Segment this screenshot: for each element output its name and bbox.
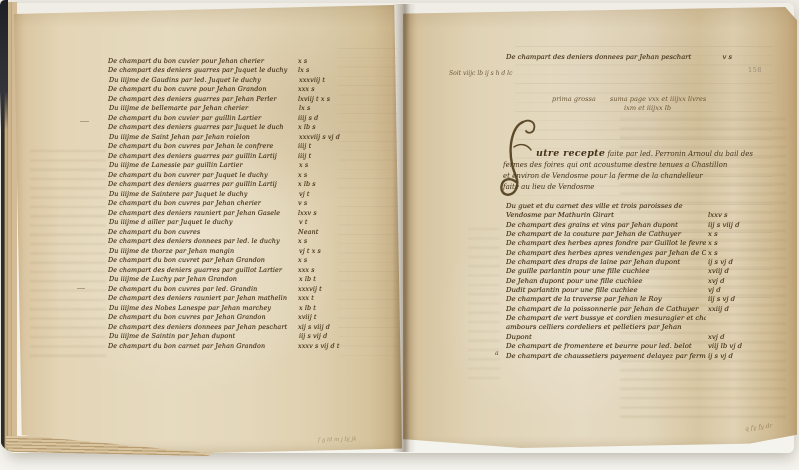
ledger-entry: De champart des deniers guarres par guil…: [108, 179, 356, 189]
entry-text-line: De guille parlantin pour une fille cuchi…: [506, 267, 706, 276]
entry-text-line: Du iiijme de Saintin par Jehan dupont: [109, 332, 297, 340]
ledger-entry: De champart des deniers guarres par Juqu…: [108, 122, 356, 132]
entry-amount: x s: [296, 57, 356, 65]
entry-text: De champart du bon cuvre pour Jehan Gran…: [108, 85, 296, 93]
heading-right: suma page vxx et iiijxx livres: [610, 95, 706, 103]
entry-text-line: Du iiijme des Nobes Lanespe par Jehan ma…: [109, 304, 297, 312]
right-ledger-list: Du guet et du carnet des ville et trois …: [506, 202, 768, 361]
entry-text: Du iiijme de thorze par Jehan mangin: [109, 247, 297, 255]
ledger-entry: Du iiijme de bellemarte par Jehan cherie…: [109, 103, 357, 113]
entry-text: De champart des draps de laine par Jehan…: [506, 258, 706, 267]
entry-text: De champart des deniers guarres par guil…: [108, 180, 296, 188]
heading-line-2: ixm et iiijxx lb: [624, 104, 757, 112]
ledger-entry: De champart des deniers guarres par guil…: [108, 264, 356, 274]
entry-text-line: De champart des deniers rauniert par Jeh…: [108, 209, 296, 217]
page-sum-heading: prima grossa suma page vxx et iiijxx liv…: [552, 95, 757, 112]
entry-text: Du iiijme de bellemarte par Jehan cherie…: [109, 104, 297, 112]
entry-text-line: De champart du bon cuvres: [108, 228, 296, 236]
ledger-entry: De champart de vert bussye et cordien me…: [506, 314, 768, 342]
entry-text: De champart de la couture par Jehan de C…: [506, 230, 706, 239]
entry-text: De champart des deniers rauniert par Jeh…: [108, 294, 296, 302]
entry-text: Du guet et du carnet des ville et trois …: [506, 202, 706, 221]
open-book: De champart du bon cuvier pour Jehan che…: [0, 0, 799, 470]
ledger-entry: De champart du bon cuvres par Jehan le c…: [108, 141, 356, 151]
entry-text-line: De champart de la poissonnerie par Jehan…: [506, 305, 706, 314]
entry-amount: xxxv s vij d t: [296, 342, 356, 350]
entry-amount: xviij d: [706, 267, 768, 276]
entry-text: Du iiijme de Saint Jehan par Jehan roiel…: [109, 133, 297, 141]
entry-amount: xxxvij t: [296, 285, 356, 293]
entry-amount: xxx s: [296, 85, 356, 93]
entry-text-line: De champart des draps de laine par Jehan…: [506, 258, 706, 267]
entry-text: Du iiijme de Saintere par Juquet le duch…: [109, 190, 297, 198]
entry-text-line: De champart du bon cuvier par guillin La…: [108, 114, 296, 122]
ledger-entry: De champart du bon cuvrer par Juquet le …: [108, 169, 356, 179]
entry-text: Dudit parlantin pour une fille cuchiee: [506, 286, 706, 295]
entry-amount: lx s: [297, 104, 357, 112]
ledger-entry: De champart des grains et vins par Jehan…: [506, 221, 768, 230]
corner-inscription: q fy fy dr: [745, 422, 773, 432]
entry-text-line: Du iiijme de Saint Jehan par Jehan roiel…: [109, 133, 297, 141]
ledger-entry: De champart des deniers rauniert par Jeh…: [108, 207, 356, 217]
handwriting-layer: De champart du bon cuvier pour Jehan che…: [0, 0, 799, 470]
entry-text-line: Du iiijme d ailler par Juquet le duchy: [109, 218, 297, 226]
entry-text-line: De champart des deniers guarres par guil…: [108, 180, 296, 188]
entry-text: De champart des herbes apres fondre par …: [506, 239, 706, 248]
entry-text-line: De champart du bon cuvres par Jehan cher…: [108, 199, 296, 207]
entry-amount: xxx t: [296, 294, 356, 302]
entry-text-line: De champart de fromentere et beurre pour…: [506, 342, 706, 351]
ledger-entry: De champart des deniers guarres par guil…: [108, 150, 356, 160]
entry-text-line: De champart de vert bussye et cordien me…: [506, 314, 706, 323]
entry-amount: x s: [706, 230, 768, 239]
folio-number: 158: [748, 66, 762, 74]
entry-text: De champart du bon cuvier pour Jehan che…: [108, 57, 296, 65]
margin-dash-mark: [77, 288, 85, 289]
entry-amount: iij s vj d: [706, 295, 768, 304]
entry-text-line: Du iiijme de Gaudins par led. Juquet le …: [109, 76, 297, 84]
ledger-entry: De champart de la couture par Jehan de C…: [506, 230, 768, 239]
ledger-entry: De champart du bon cuvres par Jehan cher…: [108, 198, 356, 208]
entry-amount: iiij t: [296, 142, 356, 150]
entry-text-line: De champart du bon cuvre pour Jehan Gran…: [108, 85, 296, 93]
entry-amount: xvj d: [706, 333, 768, 342]
entry-text: De champart du bon carnet par Jehan Gran…: [108, 342, 296, 350]
ledger-entry: De champart des herbes apres fondre par …: [506, 239, 768, 248]
manuscript-photo: De champart du bon cuvier pour Jehan che…: [0, 0, 799, 470]
entry-text: De champart des deniers guarres par guil…: [108, 152, 296, 160]
ledger-entry: De champart du bon carnet par Jehan Gran…: [108, 340, 356, 350]
entry-text: De champart de vert bussye et cordien me…: [506, 314, 706, 342]
entry-amount: ij s vj d: [706, 352, 768, 361]
entry-amount: lxviij t x s: [296, 95, 356, 103]
entry-text-line: De champart des deniers rauniert par Jeh…: [108, 294, 296, 302]
entry-amount: iiij s d: [296, 114, 356, 122]
entry-amount: vj t: [297, 190, 357, 198]
entry-text: De champart du bon cuvret par Jehan Gran…: [108, 256, 296, 264]
entry-text: De champart de fromentere et beurre pour…: [506, 342, 706, 351]
heading-line-1: prima grossa suma page vxx et iiijxx liv…: [552, 95, 757, 103]
entry-amount: x lb t: [297, 275, 357, 283]
entry-text: De guille parlantin pour une fille cuchi…: [506, 267, 706, 276]
entry-amount: iij s viij d: [706, 221, 768, 230]
entry-text-line: ambours celliers cordeliers et pelletier…: [506, 323, 706, 332]
entry-text: De champart des deniers donnees par Jeha…: [506, 53, 723, 61]
entry-text: De champart du bon cuvres par Jehan cher…: [108, 199, 296, 207]
carried-over-entry: De champart des deniers donnees par Jeha…: [506, 53, 732, 61]
margin-letter-mark: a: [495, 350, 499, 357]
ledger-entry: De champart des deniers guarres par Jeha…: [108, 93, 356, 103]
entry-text-line: Du iiijme de Luchy par Jehan Grandon: [109, 275, 297, 283]
ledger-entry: De champart de fromentere et beurre pour…: [506, 342, 768, 351]
entry-amount: x lb s: [296, 123, 356, 131]
entry-amount: xxxviij t: [297, 76, 357, 84]
entry-text-line: De champart du bon cuvrer par Juquet le …: [108, 171, 296, 179]
entry-text-line: De champart du bon carnet par Jehan Gran…: [108, 342, 296, 350]
entry-amount: xxiij d: [706, 305, 768, 314]
entry-text: De champart des deniers rauniert par Jeh…: [108, 209, 296, 217]
entry-amount: viij lb vj d: [706, 342, 768, 351]
entry-text-line: De champart du bon cuvier pour Jehan che…: [108, 57, 296, 65]
entry-text: De champart des deniers donnees par led.…: [108, 237, 296, 245]
ledger-entry: Du iiijme de Saintin par Jehan dupontiij…: [109, 331, 357, 341]
entry-amount: x s: [296, 256, 356, 264]
marginal-sum-note: Soit viijc lb ij s h d lc: [449, 70, 561, 77]
ledger-entry: De champart de la traverse par Jehan le …: [506, 295, 768, 304]
entry-amount: v s: [296, 199, 356, 207]
ledger-entry: De champart du bon cuvier pour Jehan che…: [108, 55, 356, 65]
entry-text: De champart du bon cuvrer par Juquet le …: [108, 171, 296, 179]
margin-dash-mark: [80, 121, 89, 122]
entry-text-line: De champart de la traverse par Jehan le …: [506, 295, 706, 304]
entry-text-line: De champart des deniers donnees par Jeha…: [108, 323, 296, 331]
entry-text: De champart des deniers guarres par Jeha…: [108, 95, 296, 103]
ledger-entry: Du iiijme de Saintere par Juquet le duch…: [109, 188, 357, 198]
ledger-entry: Du iiijme de Luchy par Jehan Grandonx lb…: [109, 274, 357, 284]
paragraph-line: utre recepte faite par led. Perronin Arn…: [536, 149, 755, 160]
entry-text-line: De champart du bon cuvret par Jehan Gran…: [108, 256, 296, 264]
entry-text-line: De champart des deniers guarres par Juqu…: [108, 123, 296, 131]
ledger-entry: Du iiijme de Saint Jehan par Jehan roiel…: [109, 131, 357, 141]
ledger-entry: De champart des deniers rauniert par Jeh…: [108, 293, 356, 303]
entry-text: De champart du bon cuvres: [108, 228, 296, 236]
ledger-entry: De champart des deniers guarres par Juqu…: [108, 65, 356, 75]
entry-text: De champart des deniers guarres par Juqu…: [108, 123, 296, 131]
entry-text-line: Vendosme par Mathurin Girart: [506, 211, 706, 220]
entry-text-line: Du guet et du carnet des ville et trois …: [506, 202, 706, 211]
entry-text: De champart de la poissonnerie par Jehan…: [506, 305, 706, 314]
ledger-entry: De guille parlantin pour une fille cuchi…: [506, 267, 768, 276]
entry-text-line: De Jehan dupont pour une fille cuchiee: [506, 277, 706, 286]
entry-amount: xxxviij s vj d: [297, 133, 357, 141]
entry-amount: x s: [297, 161, 357, 169]
entry-amount: lxxv s: [296, 209, 356, 217]
paragraph-lead-words: utre recepte: [536, 149, 605, 159]
entry-text: De champart de la traverse par Jehan le …: [506, 295, 706, 304]
entry-text-line: Du iiijme de Saintere par Juquet le duch…: [109, 190, 297, 198]
entry-amount: Neant: [296, 228, 356, 236]
ledger-entry: De champart du bon cuvres par Jehan Gran…: [108, 312, 356, 322]
entry-text: De champart du bon cuvres par Jehan le c…: [108, 142, 296, 150]
entry-amount: xxx s: [296, 266, 356, 274]
ledger-entry: De champart des herbes apres vendenges p…: [506, 249, 768, 258]
entry-text: De champart du bon cuvres par Jehan Gran…: [108, 313, 296, 321]
entry-text-line: Dudit parlantin pour une fille cuchiee: [506, 286, 706, 295]
decorated-initial-A: [493, 117, 545, 203]
entry-amount: xvj d: [706, 277, 768, 286]
entry-text-line: De champart des herbes apres fondre par …: [506, 239, 706, 248]
entry-text-line: De champart du bon cuvres par Jehan Gran…: [108, 313, 296, 321]
entry-text-line: De champart des deniers guarres par Jeha…: [108, 95, 296, 103]
entry-amount: x s: [706, 239, 768, 248]
entry-amount: x s: [706, 249, 768, 258]
entry-text-line: De champart des deniers guarres par Juqu…: [108, 66, 296, 74]
entry-text: Du iiijme d ailler par Juquet le duchy: [109, 218, 297, 226]
entry-text: De champart des deniers donnees par Jeha…: [108, 323, 296, 331]
ledger-entry: Du iiijme d ailler par Juquet le duchyv …: [109, 217, 357, 227]
entry-amount: ij s vj d: [706, 258, 768, 267]
entry-text: Du iiijme de Saintin par Jehan dupont: [109, 332, 297, 340]
left-ledger-list: De champart du bon cuvier pour Jehan che…: [108, 55, 356, 350]
entry-text-line: De champart des herbes apres vendenges p…: [506, 249, 706, 258]
entry-text: De champart des grains et vins par Jehan…: [506, 221, 706, 230]
entry-amount: iiij t: [296, 152, 356, 160]
ledger-entry: De champart du bon cuvres par led. Grand…: [108, 283, 356, 293]
entry-text-line: De champart de la couture par Jehan de C…: [506, 230, 706, 239]
ledger-entry: Du iiijme de Lanessie par guillin Lartie…: [109, 160, 357, 170]
entry-text: De champart des deniers guarres par guil…: [108, 266, 296, 274]
entry-text: Du iiijme des Nobes Lanespe par Jehan ma…: [109, 304, 297, 312]
ledger-entry: Du guet et du carnet des ville et trois …: [506, 202, 768, 221]
entry-text-line: De champart des deniers guarres par guil…: [108, 152, 296, 160]
entry-text-line: De champart des deniers donnees par led.…: [108, 237, 296, 245]
entry-amount: xviij t: [296, 313, 356, 321]
entry-amount: xij s viij d: [296, 323, 356, 331]
ledger-entry: De champart du bon cuvret par Jehan Gran…: [108, 255, 356, 265]
ledger-entry: Du iiijme de thorze par Jehan manginvj t…: [109, 245, 357, 255]
ledger-entry: De champart de chaussetiers payement del…: [506, 352, 768, 361]
entry-text-line: Du iiijme de Lanessie par guillin Lartie…: [109, 161, 297, 169]
ledger-entry: De champart du bon cuvresNeant: [108, 226, 356, 236]
entry-amount: v t: [297, 218, 357, 226]
entry-text: Du iiijme de Luchy par Jehan Grandon: [109, 275, 297, 283]
ledger-entry: De champart des draps de laine par Jehan…: [506, 258, 768, 267]
entry-text-line: De champart de chaussetiers payement del…: [506, 352, 706, 361]
entry-amount: x s: [296, 237, 356, 245]
entry-text-line: De champart des deniers guarres par guil…: [108, 266, 296, 274]
entry-amount: v s: [723, 53, 733, 61]
entry-text-line: De champart du bon cuvres par led. Grand…: [108, 285, 296, 293]
entry-text-line: Dupont: [506, 333, 706, 342]
entry-text: De champart de chaussetiers payement del…: [506, 352, 706, 361]
ledger-entry: Du iiijme de Gaudins par led. Juquet le …: [109, 74, 357, 84]
entry-text: De champart du bon cuvres par led. Grand…: [108, 285, 296, 293]
quire-signature-mark: f g ld m j bj jk: [318, 436, 357, 443]
ledger-entry: De Jehan dupont pour une fille cuchieexv…: [506, 277, 768, 286]
ledger-entry: De champart des deniers donnees par led.…: [108, 236, 356, 246]
ledger-entry: De champart des deniers donnees par Jeha…: [108, 321, 356, 331]
entry-text: De champart du bon cuvier par guillin La…: [108, 114, 296, 122]
entry-amount: x lb s: [296, 180, 356, 188]
heading-left: prima grossa: [552, 95, 596, 103]
entry-text-line: Du iiijme de thorze par Jehan mangin: [109, 247, 297, 255]
entry-amount: lx s: [296, 66, 356, 74]
entry-amount: x lb t: [297, 304, 357, 312]
entry-text: De Jehan dupont pour une fille cuchiee: [506, 277, 706, 286]
paragraph-line-text: faite par led. Perronin Arnoul du bail d…: [607, 150, 753, 158]
entry-amount: lxxv s: [706, 211, 768, 220]
entry-text: De champart des deniers guarres par Juqu…: [108, 66, 296, 74]
ledger-entry: De champart de la poissonnerie par Jehan…: [506, 305, 768, 314]
entry-amount: iij s vij d: [297, 332, 357, 340]
entry-amount: vj t x s: [297, 247, 357, 255]
entry-text-line: De champart des grains et vins par Jehan…: [506, 221, 706, 230]
entry-amount: x s: [296, 171, 356, 179]
entry-text-line: Du iiijme de bellemarte par Jehan cherie…: [109, 104, 297, 112]
ledger-entry: Du iiijme des Nobes Lanespe par Jehan ma…: [109, 302, 357, 312]
ledger-entry: De champart du bon cuvier par guillin La…: [108, 112, 356, 122]
entry-text: Du iiijme de Lanessie par guillin Lartie…: [109, 161, 297, 169]
entry-text: Du iiijme de Gaudins par led. Juquet le …: [109, 76, 297, 84]
entry-text-line: De champart du bon cuvres par Jehan le c…: [108, 142, 296, 150]
entry-text: De champart des herbes apres vendenges p…: [506, 249, 706, 258]
ledger-entry: De champart du bon cuvre pour Jehan Gran…: [108, 84, 356, 94]
